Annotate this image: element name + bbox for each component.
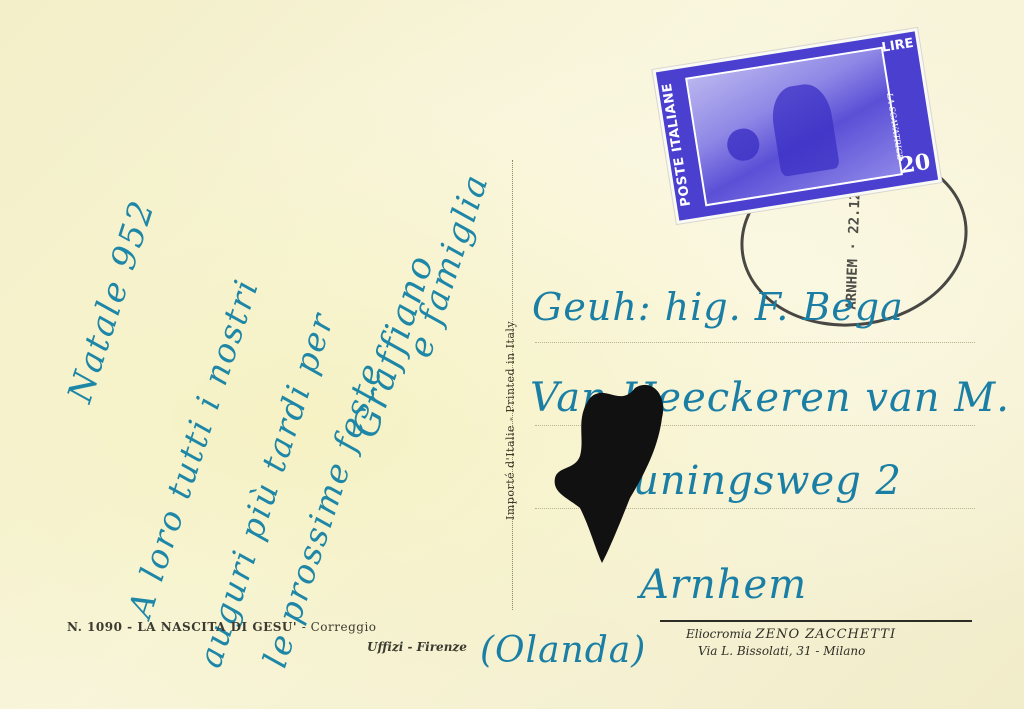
address-line: Geuh: hig. F. Bega xyxy=(532,285,904,329)
artwork-caption: N. 1090 - LA NASCITA DI GESU' - Correggi… xyxy=(67,620,377,634)
stamp-currency: LIRE xyxy=(881,36,915,56)
address-line: Arnhem xyxy=(640,562,807,608)
message-line: Natale 952 xyxy=(60,195,163,408)
address-rule xyxy=(535,342,975,343)
artwork-location: Uffizi - Firenze xyxy=(367,640,467,654)
postcard-back: Natale 952 A loro tutti i nostri auguri … xyxy=(0,0,1024,709)
address-line: (Olanda) xyxy=(480,630,646,671)
publisher-rule xyxy=(660,620,972,622)
handwritten-message: Natale 952 A loro tutti i nostri auguri … xyxy=(0,0,480,709)
stamp-value: 20 xyxy=(898,149,932,179)
printed-in-italy-text: Importé d'Italie - Printed in Italy xyxy=(504,321,517,520)
stamp-illustration xyxy=(685,47,903,207)
publisher-imprint: Eliocromia ZENO ZACCHETTI Via L. Bissola… xyxy=(686,626,896,659)
ink-blot xyxy=(550,378,670,568)
